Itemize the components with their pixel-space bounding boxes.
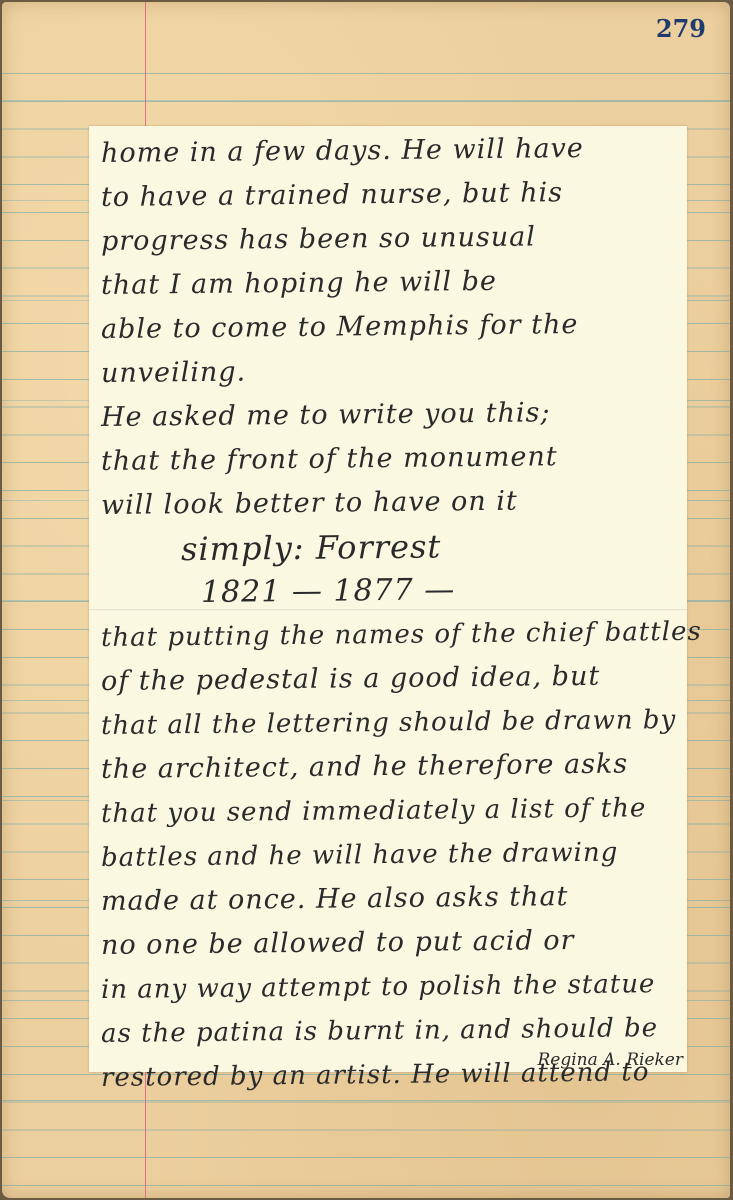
letter-line: home in a few days. He will have [101,126,679,176]
letter-line: in any way attempt to polish the statue [101,962,679,1012]
letter-line: to have a trained nurse, but his [101,170,679,220]
letter-line: that putting the names of the chief batt… [101,610,679,660]
letter-line: that you send immediately a list of the [101,786,679,836]
letter-line: that the front of the monument [101,434,679,484]
signature: Regina A. Rieker [537,1050,683,1070]
handwritten-letter: home in a few days. He will have to have… [89,126,687,1072]
letter-line: that I am hoping he will be [101,258,679,308]
letter-line: able to come to Memphis for the [101,302,679,352]
page-number: 279 [656,14,706,43]
letter-line: the architect, and he therefore asks [101,742,679,792]
letter-line: unveiling. [101,346,679,396]
letter-line: will look better to have on it [101,478,679,528]
letter-line: of the pedestal is a good idea, but [101,654,679,704]
letter-line-name: simply: Forrest [101,522,679,572]
ledger-page: 279 home in a few days. He will have to … [2,2,730,1198]
letter-line: progress has been so unusual [101,214,679,264]
letter-line: battles and he will have the drawing [101,830,679,880]
letter-body: home in a few days. He will have to have… [101,132,679,1100]
letter-line: that all the lettering should be drawn b… [101,698,679,748]
letter-line-dates: 1821 — 1877 — [101,566,679,616]
letter-line: as the patina is burnt in, and should be [101,1006,679,1056]
letter-line: no one be allowed to put acid or [101,918,679,968]
letter-line: made at once. He also asks that [101,874,679,924]
letter-line: He asked me to write you this; [101,390,679,440]
